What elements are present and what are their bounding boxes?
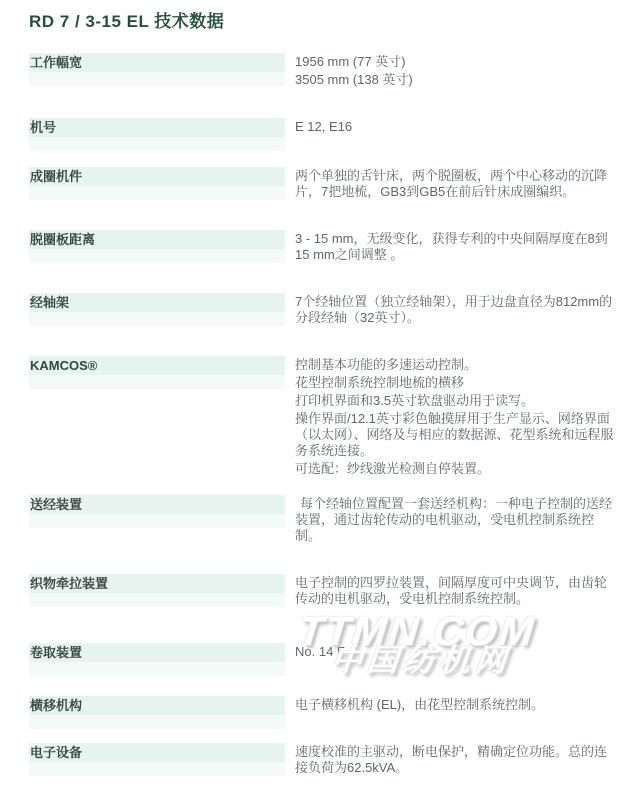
spec-value: 速度校准的主驱动，断电保护，精确定位功能。总的连接负荷为62.5kVA。 xyxy=(295,743,617,776)
spec-value: 电子控制的四罗拉装置，间隔厚度可中央调节，由齿轮传动的电机驱动，受电机控制系统控… xyxy=(295,574,617,607)
spec-value-line: 两个单独的舌针床，两个脱圈板，两个中心移动的沉降片，7把地梳，GB3到GB5在前… xyxy=(295,168,617,200)
spec-value-line: 每个经轴位置配置一套送经机构：一种电子控制的送经装置，通过齿轮传动的电机驱动，受… xyxy=(295,496,617,544)
spec-label-col: 工作幅宽 xyxy=(29,53,285,86)
spec-value-line: 电子控制的四罗拉装置，间隔厚度可中央调节，由齿轮传动的电机驱动，受电机控制系统控… xyxy=(295,575,617,607)
row-winding-device: 卷取装置 No. 14 F xyxy=(29,643,624,676)
spec-value: 3 - 15 mm，无级变化，获得专利的中央间隔厚度在8到15 mm之间调整 。 xyxy=(295,230,617,263)
spec-value: 7个经轴位置（独立经轴架），用于边盘直径为812mm的分段经轴（32英寸）。 xyxy=(295,293,617,326)
spec-value-line: 可选配：纱线激光检测自停装置。 xyxy=(295,461,617,477)
spec-value: 两个单独的舌针床，两个脱圈板，两个中心移动的沉降片，7把地梳，GB3到GB5在前… xyxy=(295,167,617,200)
spec-table: 工作幅宽 1956 mm (77 英寸) 3505 mm (138 英寸) 机号… xyxy=(0,53,624,776)
spec-value-line: 1956 mm (77 英寸) xyxy=(295,54,617,70)
spec-value-line: 操作界面/12.1英寸彩色触摸屏用于生产显示、网络界面（以太网）、网络及与相应的… xyxy=(295,411,617,459)
spec-value-line: E 12, E16 xyxy=(295,119,617,135)
spec-label-col: 织物牵拉装置 xyxy=(29,574,285,607)
spec-value-line: 3 - 15 mm，无级变化，获得专利的中央间隔厚度在8到15 mm之间调整 。 xyxy=(295,231,617,263)
label-shade xyxy=(29,715,285,729)
row-trick-plate-distance: 脱圈板距离 3 - 15 mm，无级变化，获得专利的中央间隔厚度在8到15 mm… xyxy=(29,230,624,263)
spec-label-col: 机号 xyxy=(29,118,285,151)
label-shade xyxy=(29,593,285,607)
spec-label: 织物牵拉装置 xyxy=(29,574,285,593)
label-shade xyxy=(29,662,285,676)
row-knitting-elements: 成圈机件 两个单独的舌针床，两个脱圈板，两个中心移动的沉降片，7把地梳，GB3到… xyxy=(29,167,624,200)
row-fabric-take-down: 织物牵拉装置 电子控制的四罗拉装置，间隔厚度可中央调节，由齿轮传动的电机驱动，受… xyxy=(29,574,624,607)
row-beam-frame: 经轴架 7个经轴位置（独立经轴架），用于边盘直径为812mm的分段经轴（32英寸… xyxy=(29,293,624,326)
row-let-off: 送经装置 每个经轴位置配置一套送经机构：一种电子控制的送经装置，通过齿轮传动的电… xyxy=(29,495,624,544)
label-shade xyxy=(29,249,285,263)
spec-label: 电子设备 xyxy=(29,743,285,762)
spec-label-col: 横移机构 xyxy=(29,696,285,729)
label-shade xyxy=(29,72,285,86)
spec-label: 成圈机件 xyxy=(29,167,285,186)
spec-label: 经轴架 xyxy=(29,293,285,312)
label-shade xyxy=(29,186,285,200)
spec-label: 脱圈板距离 xyxy=(29,230,285,249)
spec-value: 每个经轴位置配置一套送经机构：一种电子控制的送经装置，通过齿轮传动的电机驱动，受… xyxy=(295,495,617,544)
spec-value-line: 电子横移机构 (EL)，由花型控制系统控制。 xyxy=(295,697,617,713)
spec-label-col: 送经装置 xyxy=(29,495,285,528)
spec-label: 工作幅宽 xyxy=(29,53,285,72)
spec-label-col: 卷取装置 xyxy=(29,643,285,676)
label-shade xyxy=(29,762,285,776)
spec-label-col: 成圈机件 xyxy=(29,167,285,200)
page-title: RD 7 / 3-15 EL 技术数据 xyxy=(29,7,624,32)
spec-label-col: 电子设备 xyxy=(29,743,285,776)
spec-label: 横移机构 xyxy=(29,696,285,715)
row-electronics: 电子设备 速度校准的主驱动，断电保护，精确定位功能。总的连接负荷为62.5kVA… xyxy=(29,743,624,776)
spec-label: KAMCOS® xyxy=(29,356,285,375)
label-shade xyxy=(29,137,285,151)
spec-value-line: 花型控制系统控制地梳的横移 xyxy=(295,375,617,391)
label-shade xyxy=(29,514,285,528)
spec-value: 电子横移机构 (EL)，由花型控制系统控制。 xyxy=(295,696,617,713)
spec-value-line: No. 14 F xyxy=(295,644,617,660)
spec-value: 控制基本功能的多速运动控制。 花型控制系统控制地梳的横移 打印机界面和3.5英寸… xyxy=(295,356,617,477)
spec-label-col: KAMCOS® xyxy=(29,356,285,389)
row-kamcos: KAMCOS® 控制基本功能的多速运动控制。 花型控制系统控制地梳的横移 打印机… xyxy=(29,356,624,477)
spec-value-line: 打印机界面和3.5英寸软盘驱动用于读写。 xyxy=(295,393,617,409)
spec-value: 1956 mm (77 英寸) 3505 mm (138 英寸) xyxy=(295,53,617,88)
spec-value-line: 速度校准的主驱动，断电保护，精确定位功能。总的连接负荷为62.5kVA。 xyxy=(295,744,617,776)
row-gauge: 机号 E 12, E16 xyxy=(29,118,624,151)
spec-label: 送经装置 xyxy=(29,495,285,514)
spec-label: 卷取装置 xyxy=(29,643,285,662)
label-shade xyxy=(29,312,285,326)
tech-data-page: RD 7 / 3-15 EL 技术数据 工作幅宽 1956 mm (77 英寸)… xyxy=(0,0,624,776)
spec-label-col: 经轴架 xyxy=(29,293,285,326)
spec-value-line: 7个经轴位置（独立经轴架），用于边盘直径为812mm的分段经轴（32英寸）。 xyxy=(295,294,617,326)
row-shogging-mechanism: 横移机构 电子横移机构 (EL)，由花型控制系统控制。 xyxy=(29,696,624,729)
row-working-width: 工作幅宽 1956 mm (77 英寸) 3505 mm (138 英寸) xyxy=(29,53,624,88)
label-shade xyxy=(29,375,285,389)
spec-label-col: 脱圈板距离 xyxy=(29,230,285,263)
spec-label: 机号 xyxy=(29,118,285,137)
spec-value-line: 控制基本功能的多速运动控制。 xyxy=(295,357,617,373)
spec-value-line: 3505 mm (138 英寸) xyxy=(295,72,617,88)
spec-value: No. 14 F xyxy=(295,643,617,660)
spec-value: E 12, E16 xyxy=(295,118,617,135)
